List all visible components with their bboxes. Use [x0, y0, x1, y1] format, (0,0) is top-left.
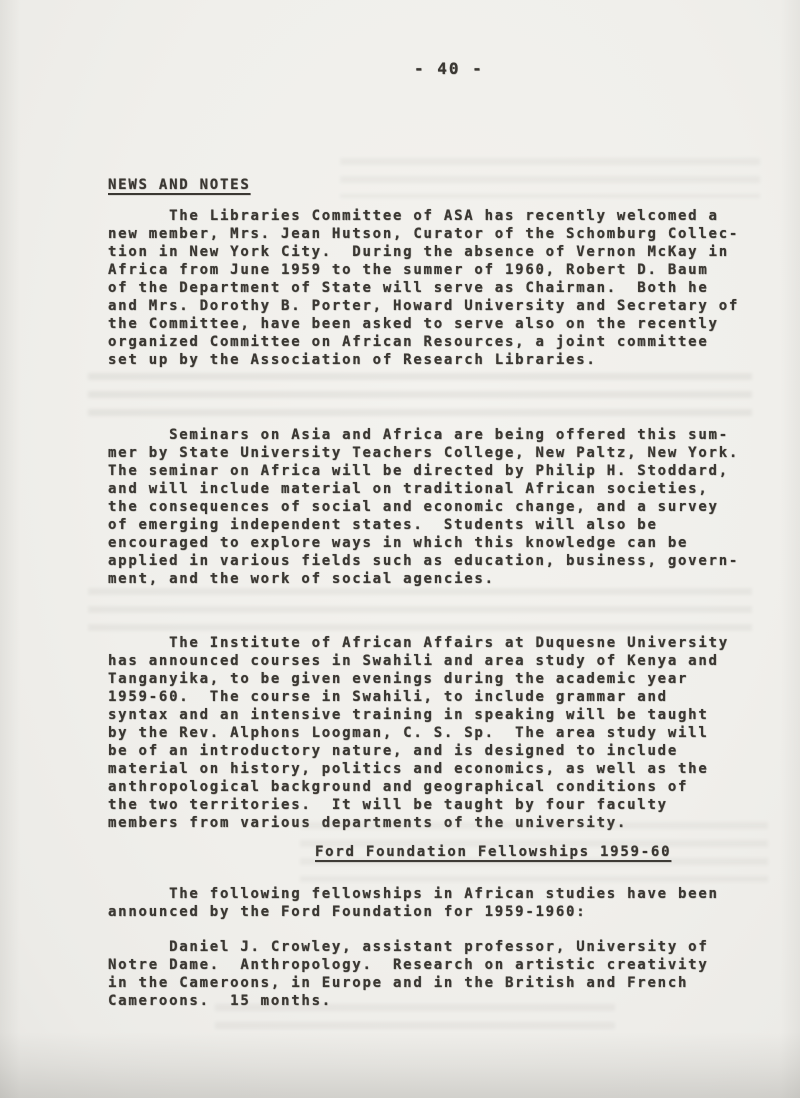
paragraph-libraries-committee: The Libraries Committee of ASA has recen…	[108, 207, 739, 369]
bleedthrough-artifact	[88, 373, 752, 421]
ford-fellowships-heading: Ford Foundation Fellowships 1959-60	[315, 843, 671, 861]
paragraph-summer-seminars: Seminars on Asia and Africa are being of…	[108, 426, 739, 588]
page-number: - 40 -	[414, 60, 484, 78]
news-and-notes-heading: NEWS AND NOTES	[108, 176, 251, 194]
paragraph-duquesne-institute: The Institute of African Affairs at Duqu…	[108, 634, 729, 832]
bleedthrough-artifact	[88, 588, 752, 632]
fellowship-entry-crowley: Daniel J. Crowley, assistant professor, …	[108, 938, 709, 1010]
scanned-document-page: - 40 - NEWS AND NOTES The Libraries Comm…	[0, 0, 800, 1098]
paragraph-ford-intro: The following fellowships in African stu…	[108, 885, 719, 921]
bleedthrough-artifact	[340, 158, 760, 198]
